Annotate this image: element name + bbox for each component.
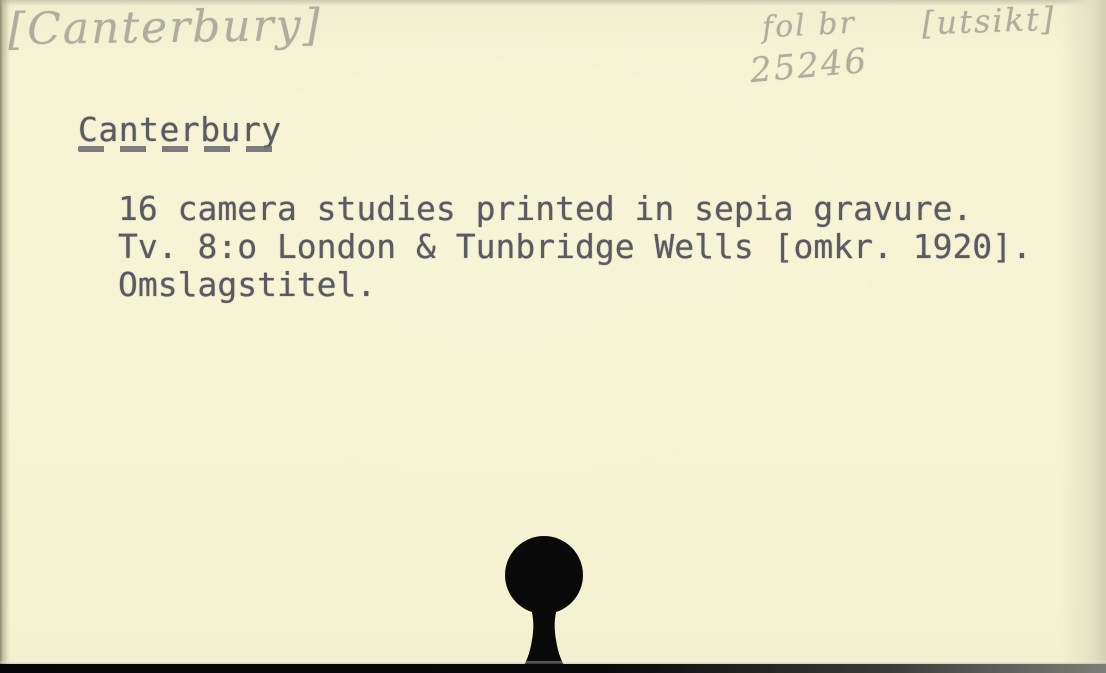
heading-dashed-underline <box>78 146 276 152</box>
card-entry-text: 16 camera studies printed in sepia gravu… <box>118 190 1032 304</box>
entry-line-description: 16 camera studies printed in sepia gravu… <box>118 190 1032 228</box>
pencil-format-note: fol br <box>761 6 857 46</box>
card-heading: Canterbury <box>78 110 282 149</box>
entry-line-note: Omslagstitel. <box>118 266 1032 304</box>
index-card: [Canterbury] fol br [utsikt] 25246 Cante… <box>0 0 1106 673</box>
drawer-gap-strip <box>0 664 1106 673</box>
card-left-edge <box>0 0 10 673</box>
punch-hole-icon <box>499 534 591 673</box>
catalog-card-scan: [Canterbury] fol br [utsikt] 25246 Cante… <box>0 0 1106 673</box>
pencil-heading-annotation: [Canterbury] <box>8 0 322 55</box>
pencil-accession-number: 25246 <box>748 41 869 91</box>
card-right-edge-shadow <box>1060 0 1106 673</box>
pencil-subject-note: [utsikt] <box>921 0 1056 42</box>
card-top-edge <box>0 0 1106 6</box>
entry-line-imprint: Tv. 8:o London & Tunbridge Wells [omkr. … <box>118 228 1032 266</box>
